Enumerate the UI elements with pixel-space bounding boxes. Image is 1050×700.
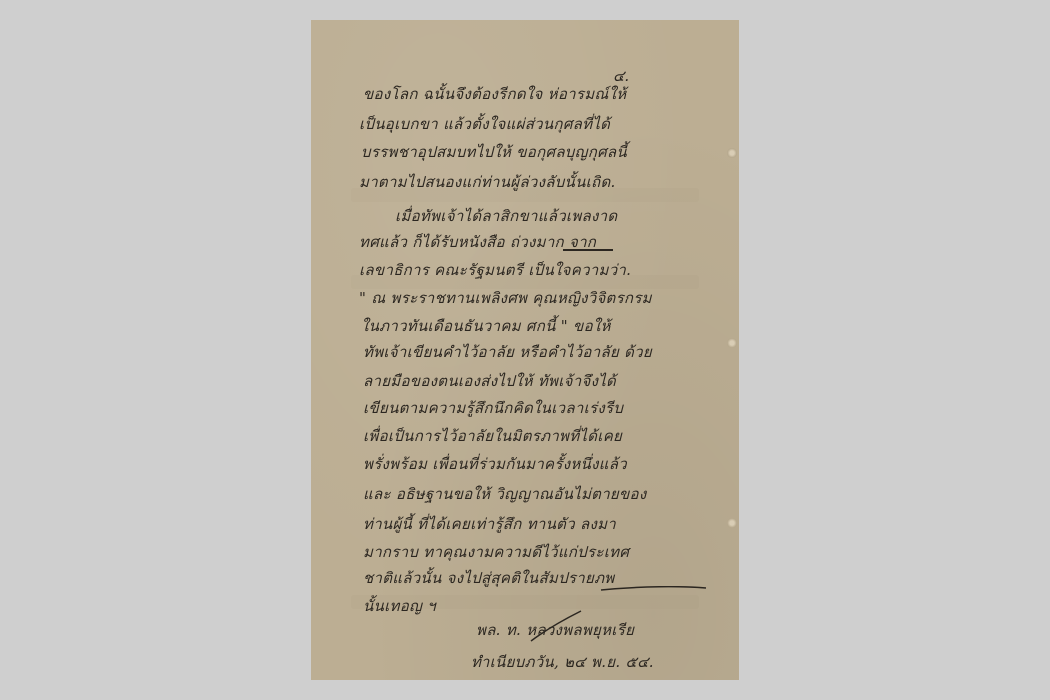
text-line: ของโลก ฉนั้นจึงต้องรีกดใจ ห่อารมณ์ให้ — [363, 82, 626, 106]
text-line: ในภาวทันเดือนธันวาคม ศกนี้ " ขอให้ — [361, 314, 611, 338]
text-line: มากราบ ทาคุณงามความดีไว้แก่ประเทศ — [363, 540, 629, 564]
punch-hole — [727, 148, 737, 158]
text-line: เลขาธิการ คณะรัฐมนตรี เป็นใจความว่า. — [359, 258, 631, 282]
text-line: บรรพชาอุปสมบทไปให้ ขอกุศลบุญกุศลนี้ — [361, 140, 627, 164]
text-line: และ อธิษฐานขอให้ วิญญาณอันไม่ตายของ — [363, 482, 647, 506]
text-line: มาตามไปสนองแก่ท่านผู้ล่วงลับนั้นเถิด. — [359, 170, 616, 194]
text-line: เขียนตามความรู้สึกนึกคิดในเวลาเร่งรีบ — [363, 396, 623, 420]
signature-flourish — [511, 586, 711, 646]
text-line: ลายมือของตนเองส่งไปให้ ทัพเจ้าจึงได้ — [363, 369, 616, 393]
punch-hole — [727, 338, 737, 348]
text-line: พรั่งพร้อม เพื่อนที่ร่วมกันมาครั้งหนึ่งแ… — [363, 452, 627, 476]
text-line: เป็นอุเบกขา แล้วตั้งใจแผ่ส่วนกุศลที่ได้ — [359, 112, 610, 136]
text-line: ทศแล้ว ก็ได้รับหนังสือ ถ่วงมาก จาก — [359, 230, 596, 254]
text-line: ท่านผู้นี้ ที่ได้เคยเท่ารู้สึก ทานตัว ลง… — [363, 512, 616, 536]
text-line: " ณ พระราชทานเพลิงศพ คุณหญิงวิจิตรกรม — [359, 286, 652, 310]
signature-place-date: ทำเนียบภวัน, ๒๔ พ.ย. ๕๔. — [471, 650, 654, 674]
letter-page: ๔. ของโลก ฉนั้นจึงต้องรีกดใจ ห่อารมณ์ให้… — [311, 20, 739, 680]
text-line: เมื่อทัพเจ้าได้ลาสิกขาแล้วเพลงาด — [395, 204, 617, 228]
text-line: เพื่อเป็นการไว้อาลัยในมิตรภาพที่ได้เคย — [363, 424, 622, 448]
underline — [563, 249, 613, 251]
punch-hole — [727, 518, 737, 528]
text-line: ทัพเจ้าเขียนคำไว้อาลัย หรือคำไว้อาลัย ด้… — [363, 340, 652, 364]
text-line: นั้นเทอญ ฯ — [363, 594, 436, 618]
